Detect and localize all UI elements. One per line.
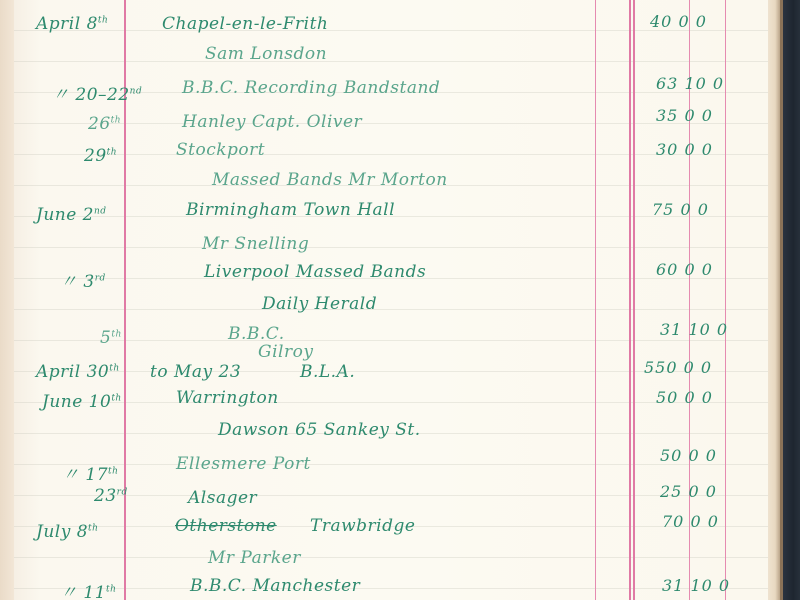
entry-date: 〃 11th [60,578,116,600]
entry-description: Warrington [176,388,279,408]
entry-amount: 75 0 0 [652,200,709,219]
entry-date: April 30th [36,362,120,382]
entry-note: Mr Snelling [202,234,309,254]
entry-description: B.B.C. Manchester [190,576,360,596]
entry-amount: 31 10 0 [660,320,728,339]
entry-note: Dawson 65 Sankey St. [218,420,421,440]
entry-description: Liverpool Massed Bands [204,262,426,282]
page-edge [768,0,780,600]
entry-description: Trawbridge [310,516,415,536]
entry-amount: 63 10 0 [656,74,724,93]
entry-date-continuation: to May 23 [150,362,241,382]
entry-amount: 40 0 0 [650,12,707,31]
entry-description: B.B.C. [228,324,285,344]
entry-description: Hanley Capt. Oliver [182,112,362,132]
entry-description: Alsager [188,488,257,508]
entry-note: Massed Bands Mr Morton [212,170,448,190]
entry-date: 29th [84,146,117,166]
entry-date: 26th [88,114,121,134]
entry-description: Stockport [176,140,265,160]
ruled-line [14,309,776,310]
entry-date: 5th [100,328,122,348]
amount-column-rule-left [629,0,631,600]
entry-note: Gilroy [258,342,313,362]
entry-date: July 8th [36,522,98,542]
entry-amount: 30 0 0 [656,140,713,159]
entry-amount: 25 0 0 [660,482,717,501]
entry-amount: 50 0 0 [656,388,713,407]
entry-date: April 8th [36,14,108,34]
pence-column-rule [725,0,726,600]
entry-date: 〃 20–22nd [52,80,142,105]
entry-date: June 10th [42,392,122,412]
binding-shadow [0,0,14,600]
entry-date: 23rd [94,486,128,506]
struck-out-text: Otherstone [175,516,277,536]
entry-description: B.B.C. Recording Bandstand [182,78,440,98]
entry-note: Mr Parker [208,548,301,568]
entry-amount: 31 10 0 [662,576,730,595]
entry-description: Ellesmere Port [176,454,311,474]
entry-description: Chapel-en-le-Frith [162,14,328,34]
ruled-line [14,340,776,341]
ruled-line [14,247,776,248]
amount-column-rule-left-double [633,0,635,600]
entry-amount: 50 0 0 [660,446,717,465]
entry-description: B.L.A. [300,362,355,382]
entry-amount: 70 0 0 [662,512,719,531]
entry-note: Sam Lonsdon [205,44,327,64]
book-cover [783,0,800,600]
entry-description: Birmingham Town Hall [186,200,395,220]
entry-amount: 60 0 0 [656,260,713,279]
entry-date: 〃 17th [62,460,118,485]
entry-amount: 550 0 0 [644,358,712,377]
entry-date: 〃 3rd [60,267,106,292]
entry-date: June 2nd [36,205,107,225]
entry-note: Daily Herald [262,294,377,314]
ledger-page: April 8th Chapel-en-le-Frith 40 0 0 Sam … [0,0,800,600]
ruled-line [14,61,776,62]
ruled-line [14,557,776,558]
column-rule [595,0,596,600]
entry-amount: 35 0 0 [656,106,713,125]
